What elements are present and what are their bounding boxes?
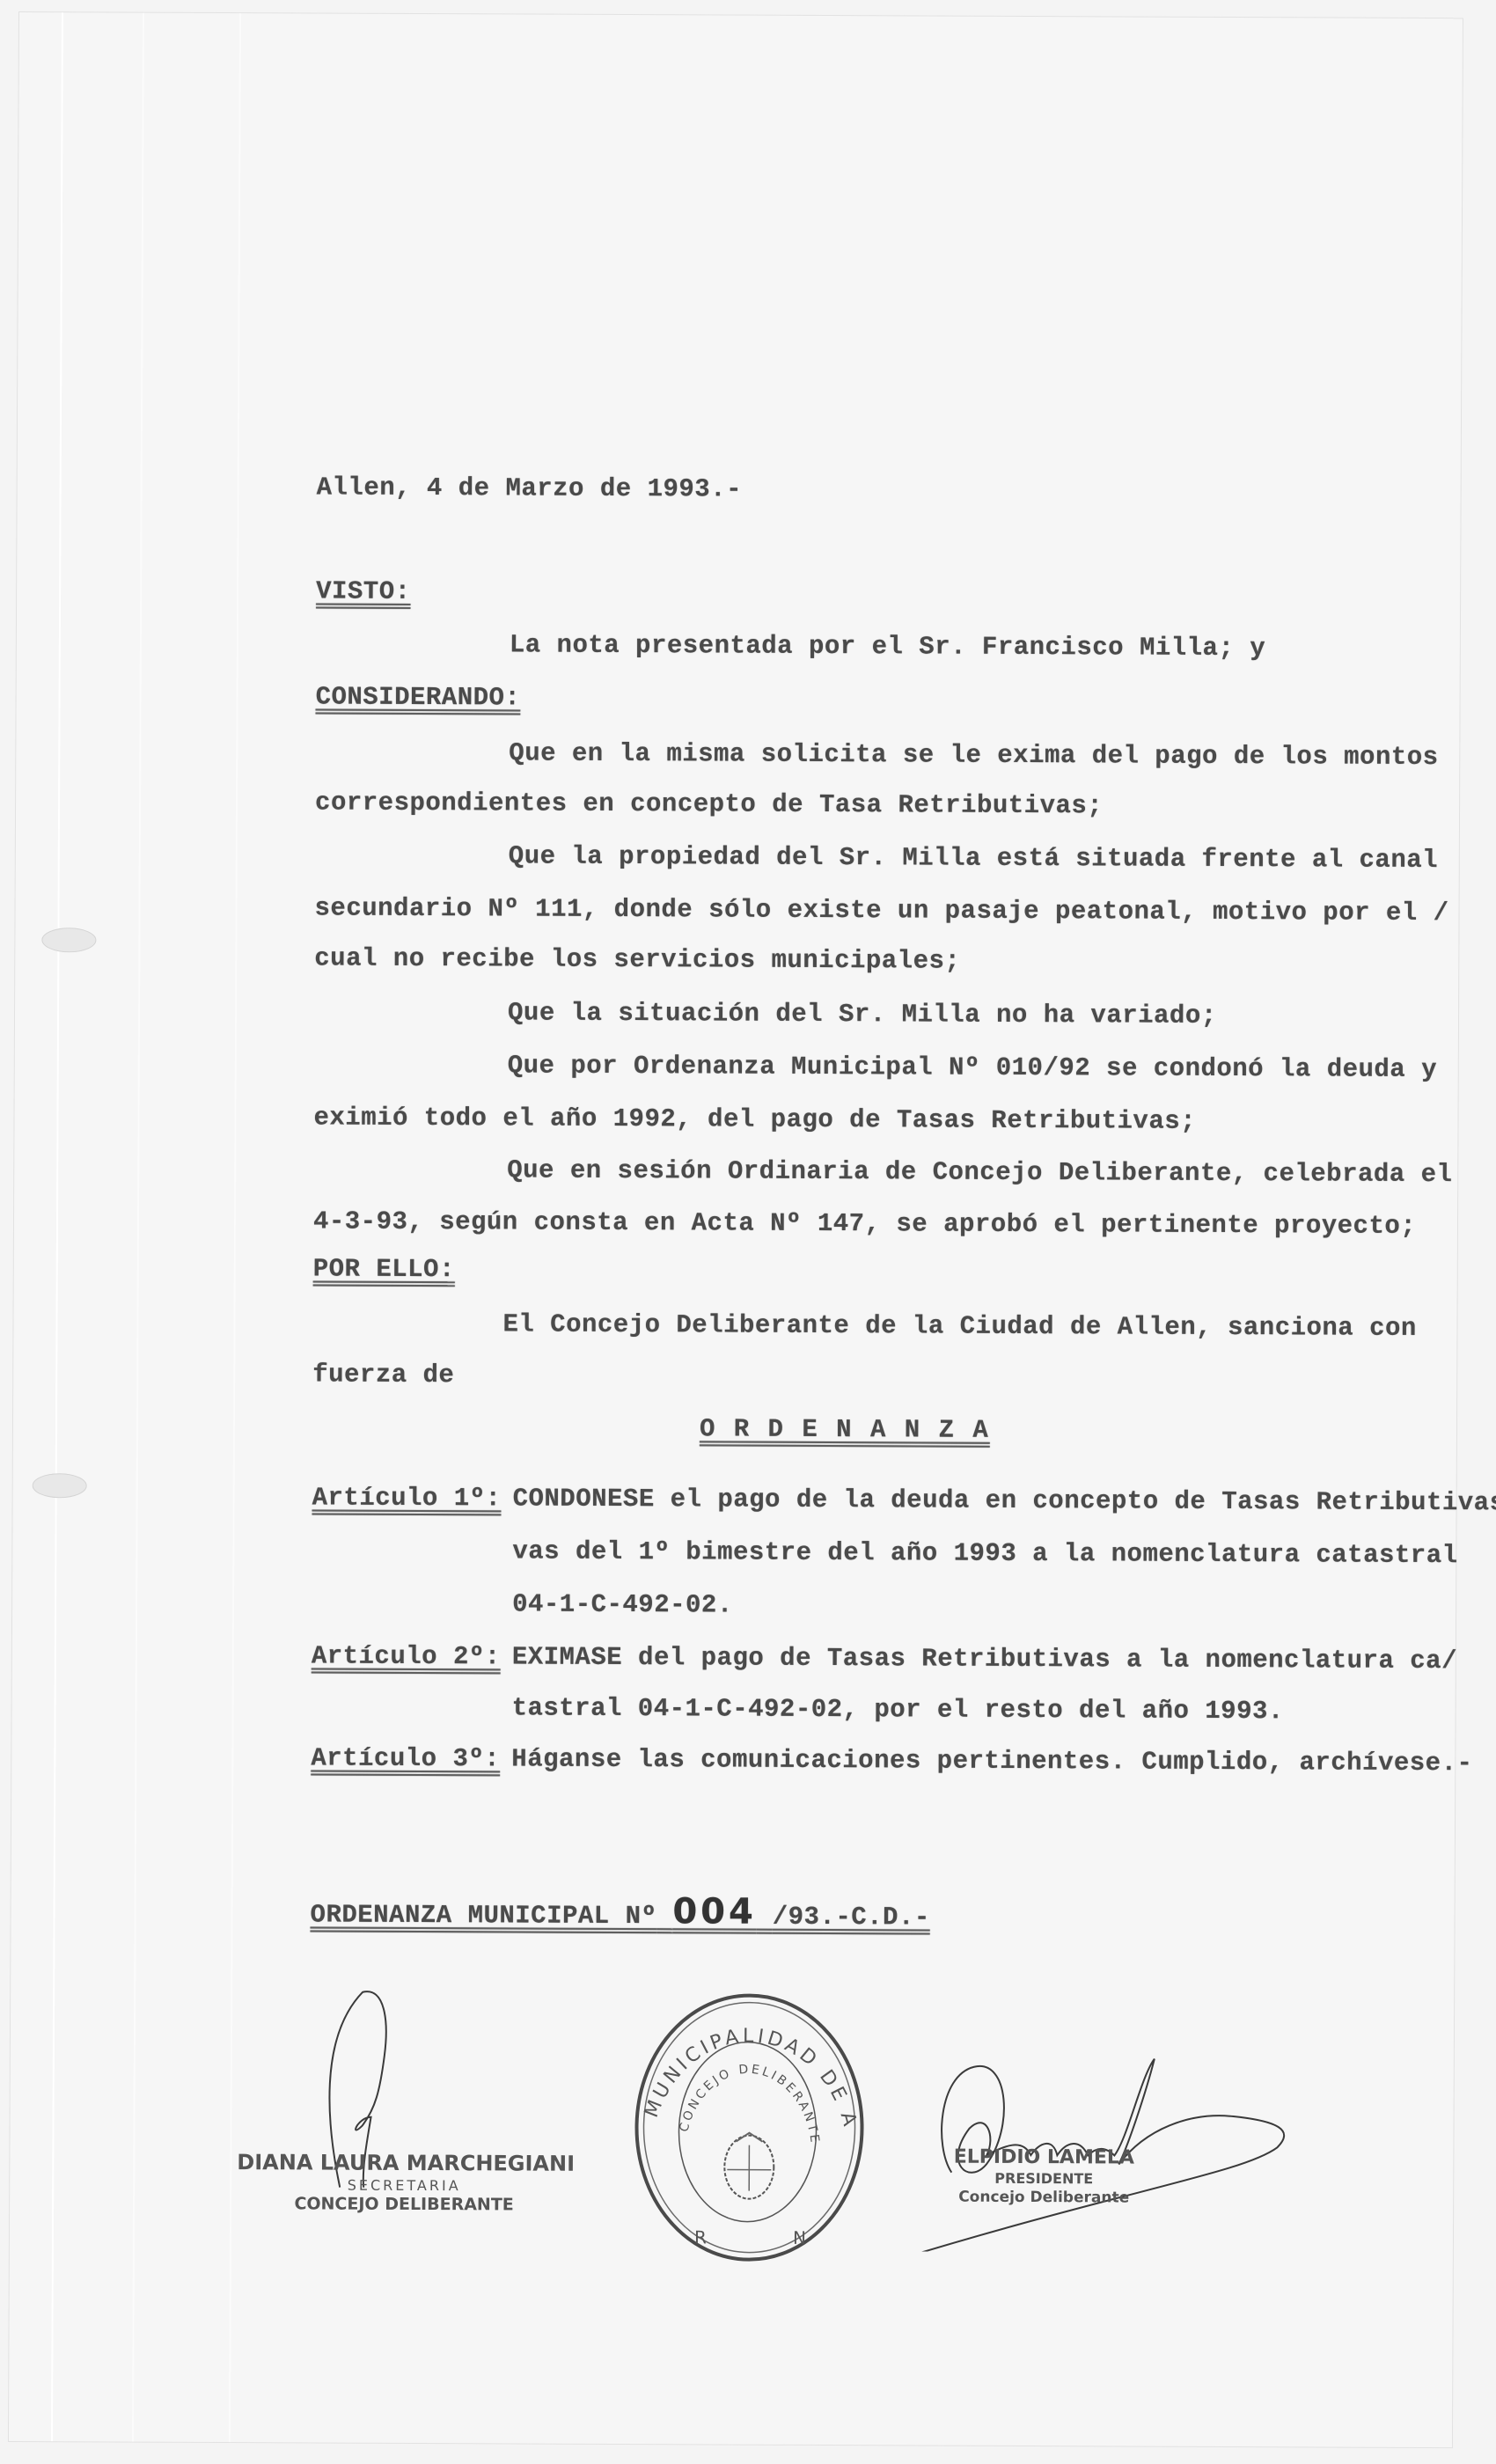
visto-text: La nota presentada por el Sr. Francisco …	[510, 630, 1265, 663]
considerando-line: eximió todo el año 1992, del pago de Tas…	[313, 1103, 1196, 1135]
official-seal: MUNICIPALIDAD DE ALLEN CONCEJO DELIBERAN…	[626, 1986, 873, 2269]
considerando-heading: CONSIDERANDO:	[316, 682, 521, 712]
scanned-page: Allen, 4 de Marzo de 1993.- VISTO: La no…	[0, 0, 1496, 2464]
president-body: Concejo Deliberante	[942, 2189, 1145, 2207]
ordinance-title: O R D E N A N Z A	[700, 1414, 990, 1444]
place-date: Allen, 4 de Marzo de 1993.-	[317, 473, 743, 503]
article-2-line: EXIMASE del pago de Tasas Retributivas a…	[512, 1642, 1457, 1676]
fold-line	[229, 13, 241, 2442]
considerando-line: 4-3-93, según consta en Acta Nº 147, se …	[313, 1206, 1416, 1240]
article-1-line: 04-1-C-492-02.	[512, 1589, 733, 1619]
article-2-line: tastral 04-1-C-492-02, por el resto del …	[512, 1693, 1284, 1726]
fold-line	[132, 13, 144, 2442]
ordinance-number-handwritten: 004	[672, 1891, 757, 1932]
considerando-line: correspondientes en concepto de Tasa Ret…	[315, 788, 1103, 820]
article-3-line: Háganse las comunicaciones pertinentes. …	[511, 1744, 1472, 1778]
punch-hole	[33, 1473, 87, 1498]
considerando-line: Que la situación del Sr. Milla no ha var…	[508, 998, 1217, 1030]
por-ello-heading: POR ELLO:	[313, 1254, 455, 1284]
paper-sheet: Allen, 4 de Marzo de 1993.- VISTO: La no…	[9, 12, 1463, 2447]
article-2-label: Artículo 2º:	[312, 1641, 501, 1671]
president-name: ELPIDIO LAMELA	[942, 2146, 1145, 2169]
considerando-line: cual no recibe los servicios municipales…	[314, 943, 960, 975]
considerando-line: Que en sesión Ordinaria de Concejo Delib…	[507, 1155, 1452, 1189]
por-ello-line: fuerza de	[312, 1360, 454, 1390]
secretary-name: DIANA LAURA MARCHEGIANI	[237, 2150, 571, 2176]
punch-hole	[41, 928, 96, 952]
president-signature	[854, 2022, 1313, 2253]
considerando-line: Que por Ordenanza Municipal Nº 010/92 se…	[508, 1051, 1437, 1084]
seal-bottom-letter: N	[793, 2227, 806, 2248]
ordinance-ref-suffix: /93.-C.D.-	[773, 1903, 930, 1932]
secretary-body: CONCEJO DELIBERANTE	[237, 2194, 571, 2215]
secretary-role: SECRETARIA	[237, 2176, 571, 2195]
article-1-line: CONDONESE el pago de la deuda en concept…	[513, 1484, 1496, 1517]
fold-line	[51, 12, 63, 2441]
considerando-line: Que en la misma solicita se le exima del…	[509, 738, 1438, 772]
article-1-label: Artículo 1º:	[312, 1483, 502, 1513]
ordinance-reference: ORDENANZA MUNICIPAL Nº 004 /93.-C.D.-	[310, 1889, 929, 1932]
ordinance-ref-prefix: ORDENANZA MUNICIPAL Nº	[310, 1900, 656, 1931]
article-3-label: Artículo 3º:	[311, 1743, 500, 1773]
coat-of-arms-icon	[724, 2133, 774, 2199]
considerando-line: Que la propiedad del Sr. Milla está situ…	[509, 841, 1438, 875]
article-1-line: vas del 1º bimestre del año 1993 a la no…	[512, 1536, 1457, 1570]
considerando-line: secundario Nº 111, donde sólo existe un …	[314, 893, 1448, 928]
president-role: PRESIDENTE	[942, 2170, 1145, 2188]
seal-bottom-letter: R	[694, 2226, 707, 2248]
por-ello-line: El Concejo Deliberante de la Ciudad de A…	[502, 1309, 1417, 1343]
visto-heading: VISTO:	[316, 576, 411, 605]
